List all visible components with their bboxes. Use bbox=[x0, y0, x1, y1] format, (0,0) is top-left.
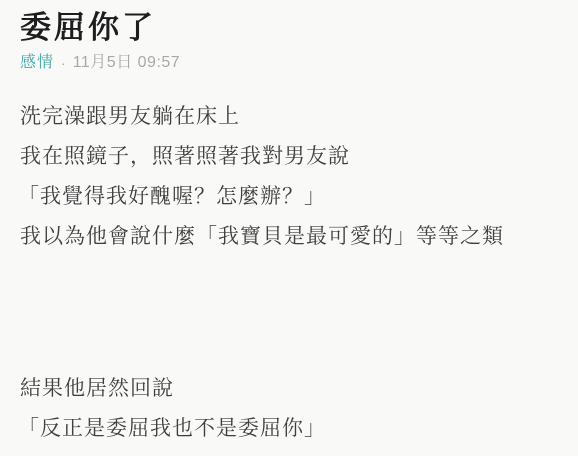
body-line-2: 我在照鏡子，照著照著我對男友說 bbox=[20, 137, 558, 177]
post-meta: 感情 · 11月5日 09:57 bbox=[20, 53, 558, 73]
forum-tag[interactable]: 感情 bbox=[20, 53, 54, 73]
body-line-5: 結果他居然回說 bbox=[20, 369, 558, 409]
post-container: 委屈你了 感情 · 11月5日 09:57 洗完澡跟男友躺在床上 我在照鏡子，照… bbox=[0, 0, 578, 456]
paragraph-gap bbox=[20, 257, 558, 369]
post-timestamp: 11月5日 09:57 bbox=[73, 53, 181, 73]
body-line-3-quote: 「我覺得我好醜喔？怎麼辦？」 bbox=[18, 177, 558, 217]
post-title: 委屈你了 bbox=[20, 6, 558, 50]
body-line-4: 我以為他會說什麼「我寶貝是最可愛的」等等之類 bbox=[20, 217, 558, 257]
body-line-1: 洗完澡跟男友躺在床上 bbox=[20, 97, 558, 137]
meta-separator: · bbox=[61, 53, 66, 73]
post-body: 洗完澡跟男友躺在床上 我在照鏡子，照著照著我對男友說 「我覺得我好醜喔？怎麼辦？… bbox=[20, 97, 558, 449]
body-line-6-quote: 「反正是委屈我也不是委屈你」 bbox=[18, 409, 558, 449]
